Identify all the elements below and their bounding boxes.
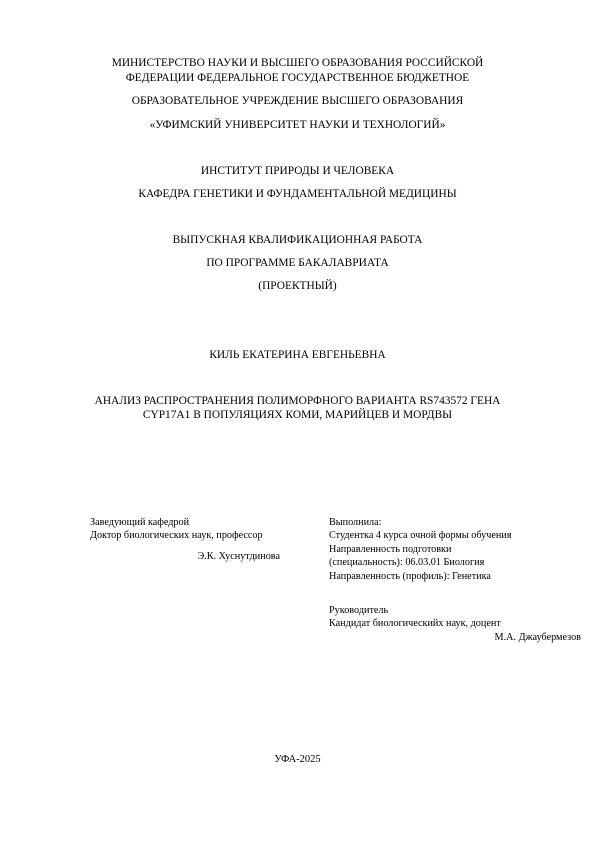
thesis-title-line-2: CYP17A1 В ПОПУЛЯЦИЯХ КОМИ, МАРИЙЦЕВ И МО…	[0, 408, 595, 422]
ministry-line-3: ОБРАЗОВАТЕЛЬНОЕ УЧРЕЖДЕНИЕ ВЫСШЕГО ОБРАЗ…	[0, 94, 595, 108]
performer-line-2: Направленность подготовки	[329, 543, 511, 556]
performer-block: Выполнила: Студентка 4 курса очной формы…	[329, 516, 511, 583]
work-type-line-2: ПО ПРОГРАММЕ БАКАЛАВРИАТА	[0, 256, 595, 270]
supervisor-name: М.А. Джаубермезов	[329, 631, 581, 644]
work-type-line-1: ВЫПУСКНАЯ КВАЛИФИКАЦИОННАЯ РАБОТА	[0, 233, 595, 247]
performer-line-4: Направленность (профиль): Генетика	[329, 570, 511, 583]
city-year: УФА-2025	[0, 753, 595, 767]
work-type-line-3: (ПРОЕКТНЫЙ)	[0, 279, 595, 293]
performer-line-3: (специальность): 06.03.01 Биология	[329, 556, 511, 569]
performer-label: Выполнила:	[329, 516, 511, 529]
head-degree: Доктор биологических наук, профессор	[90, 529, 280, 542]
head-name: Э.К. Хуснутдинова	[90, 550, 280, 563]
ministry-line-1: МИНИСТЕРСТВО НАУКИ И ВЫСШЕГО ОБРАЗОВАНИЯ…	[0, 56, 595, 70]
supervisor-degree: Кандидат биологическийх наук, доцент	[329, 617, 581, 630]
head-role: Заведующий кафедрой	[90, 516, 280, 529]
supervisor-block: Руководитель Кандидат биологическийх нау…	[329, 604, 581, 644]
head-of-department-block: Заведующий кафедрой Доктор биологических…	[90, 516, 280, 563]
performer-line-1: Студентка 4 курса очной формы обучения	[329, 529, 511, 542]
thesis-title-line-1: АНАЛИЗ РАСПРОСТРАНЕНИЯ ПОЛИМОРФНОГО ВАРИ…	[0, 394, 595, 408]
supervisor-role: Руководитель	[329, 604, 581, 617]
author-name: КИЛЬ ЕКАТЕРИНА ЕВГЕНЬЕВНА	[0, 348, 595, 362]
university-name: «УФИМСКИЙ УНИВЕРСИТЕТ НАУКИ И ТЕХНОЛОГИЙ…	[0, 118, 595, 132]
department-name: КАФЕДРА ГЕНЕТИКИ И ФУНДАМЕНТАЛЬНОЙ МЕДИЦ…	[0, 187, 595, 201]
ministry-line-2: ФЕДЕРАЦИИ ФЕДЕРАЛЬНОЕ ГОСУДАРСТВЕННОЕ БЮ…	[0, 71, 595, 85]
institute-name: ИНСТИТУТ ПРИРОДЫ И ЧЕЛОВЕКА	[0, 164, 595, 178]
